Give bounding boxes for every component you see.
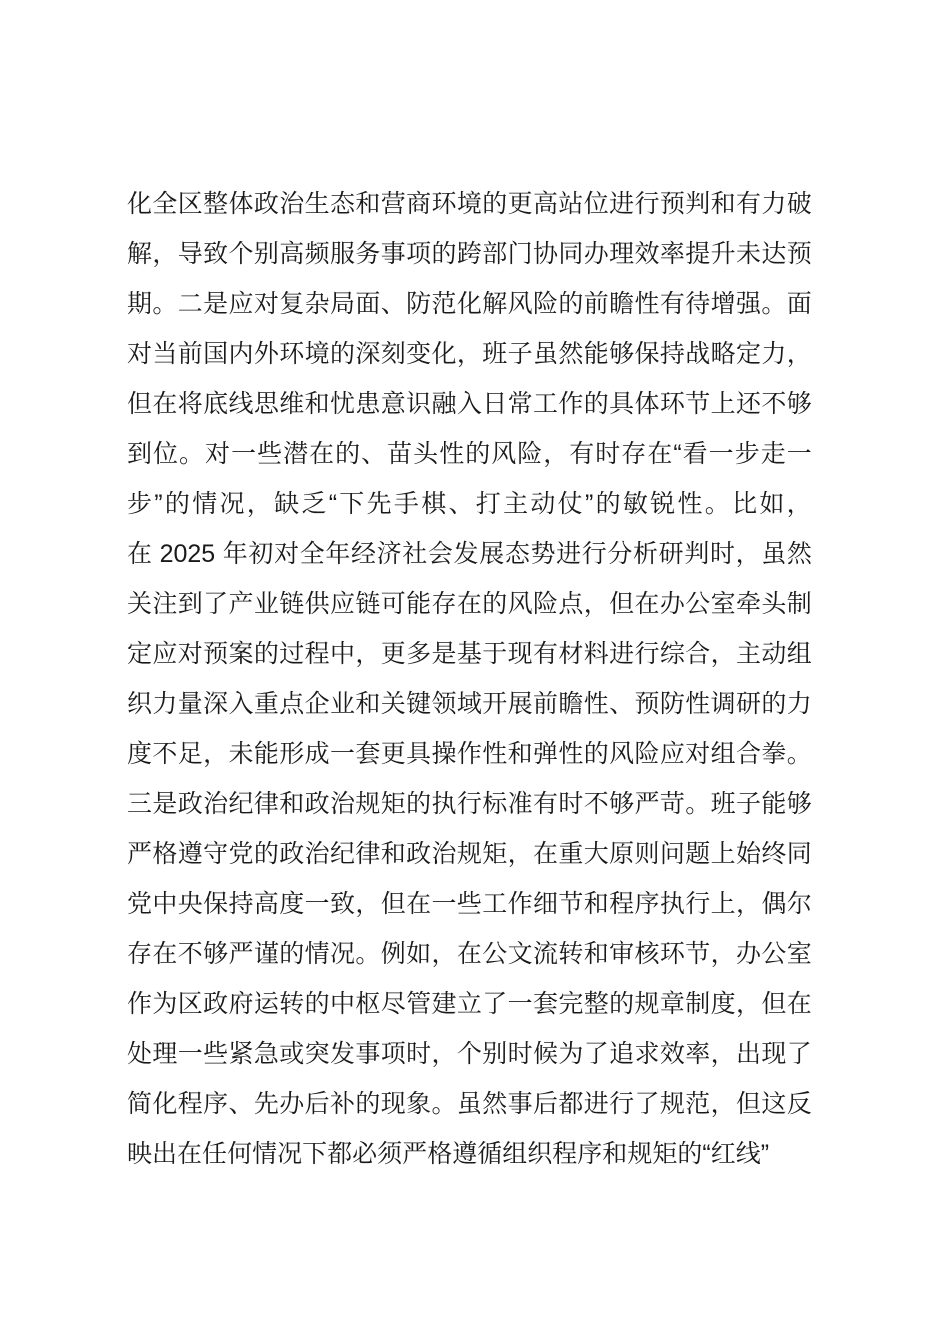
text-line: 作为区政府运转的中枢尽管建立了一套完整的规章制度，但在 [127, 979, 812, 1029]
text-line: 简化程序、先办后补的现象。虽然事后都进行了规范，但这反 [127, 1079, 812, 1129]
text-line: 解，导致个别高频服务事项的跨部门协同办理效率提升未达预 [127, 229, 812, 279]
text-line: 但在将底线思维和忧患意识融入日常工作的具体环节上还不够 [127, 379, 812, 429]
text-line: 在 2025 年初对全年经济社会发展态势进行分析研判时，虽然 [127, 529, 812, 579]
text-line: 党中央保持高度一致，但在一些工作细节和程序执行上，偶尔 [127, 879, 812, 929]
text-line: 关注到了产业链供应链可能存在的风险点，但在办公室牵头制 [127, 579, 812, 629]
text-line: 对当前国内外环境的深刻变化，班子虽然能够保持战略定力， [127, 329, 812, 379]
document-page: 化全区整体政治生态和营商环境的更高站位进行预判和有力破 解，导致个别高频服务事项… [0, 0, 950, 1344]
text-line: 度不足，未能形成一套更具操作性和弹性的风险应对组合拳。 [127, 729, 812, 779]
text-line: 到位。对一些潜在的、苗头性的风险，有时存在“看一步走一 [127, 429, 812, 479]
paragraph-text: 化全区整体政治生态和营商环境的更高站位进行预判和有力破 解，导致个别高频服务事项… [127, 179, 812, 1179]
text-line: 严格遵守党的政治纪律和政治规矩，在重大原则问题上始终同 [127, 829, 812, 879]
text-line: 期。二是应对复杂局面、防范化解风险的前瞻性有待增强。面 [127, 279, 812, 329]
text-line: 定应对预案的过程中，更多是基于现有材料进行综合，主动组 [127, 629, 812, 679]
text-line: 化全区整体政治生态和营商环境的更高站位进行预判和有力破 [127, 179, 812, 229]
text-line: 存在不够严谨的情况。例如，在公文流转和审核环节，办公室 [127, 929, 812, 979]
text-line: 映出在任何情况下都必须严格遵循组织程序和规矩的“红线” [127, 1129, 812, 1179]
text-line: 三是政治纪律和政治规矩的执行标准有时不够严苛。班子能够 [127, 779, 812, 829]
text-line: 织力量深入重点企业和关键领域开展前瞻性、预防性调研的力 [127, 679, 812, 729]
text-line: 步”的情况，缺乏“下先手棋、打主动仗”的敏锐性。比如， [127, 479, 812, 529]
text-line: 处理一些紧急或突发事项时，个别时候为了追求效率，出现了 [127, 1029, 812, 1079]
